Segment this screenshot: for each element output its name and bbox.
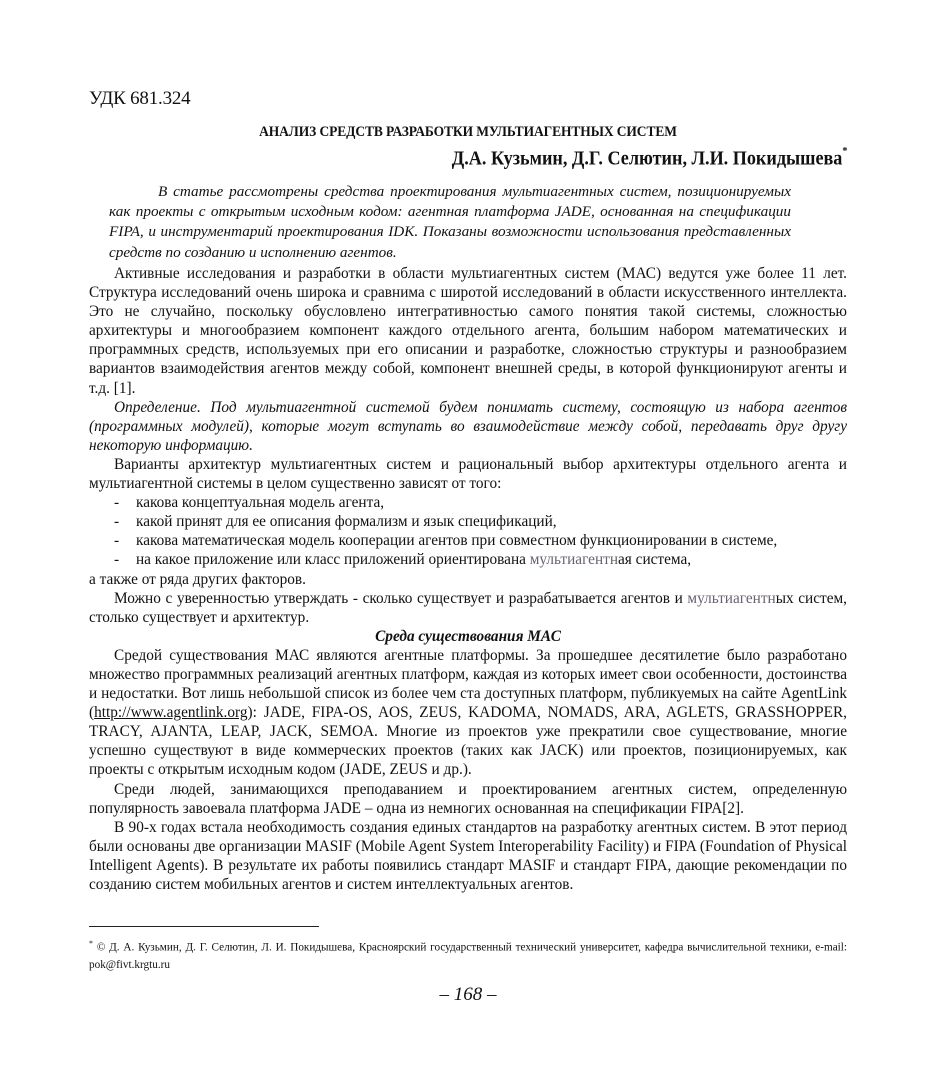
authors-names: Д.А. Кузьмин, Д.Г. Селютин, Л.И. Покидыш… [451, 149, 842, 170]
list-item: -какой принят для ее описания формализм … [89, 512, 847, 531]
footnote: * © Д. А. Кузьмин, Д. Г. Селютин, Л. И. … [89, 935, 847, 974]
authors: Д.А. Кузьмин, Д.Г. Селютин, Л.И. Покидыш… [451, 148, 847, 171]
paragraph-architectures: Варианты архитектур мультиагентных систе… [89, 455, 847, 493]
dash-bullet: - [114, 531, 136, 550]
footnote-text: © Д. А. Кузьмин, Д. Г. Селютин, Л. И. По… [89, 942, 847, 971]
highlighted-term: мультиагентн [687, 590, 775, 607]
authors-footnote-mark: * [842, 145, 847, 157]
paragraph-other-factors: а также от ряда других факторов. [89, 570, 847, 589]
list-item: -на какое приложение или класс приложени… [89, 550, 847, 569]
list-item-text: какова концептуальная модель агента, [136, 494, 384, 511]
article-title: АНАЛИЗ СРЕДСТВ РАЗРАБОТКИ МУЛЬТИАГЕНТНЫХ… [116, 124, 821, 141]
list-item-text: какова математическая модель кооперации … [136, 532, 777, 549]
text-segment: Можно с уверенностью утверждать - скольк… [114, 590, 687, 607]
paragraph-definition: Определение. Под мультиагентной системой… [89, 398, 847, 455]
dash-bullet: - [114, 512, 136, 531]
paragraph-platforms: Средой существования МАС являются агентн… [89, 646, 847, 780]
dash-bullet: - [114, 493, 136, 512]
list-item-text: на какое приложение или класс приложений… [136, 551, 530, 568]
list-item-text: какой принят для ее описания формализм и… [136, 513, 557, 530]
paragraph-standards: В 90-х годах встала необходимость создан… [89, 818, 847, 894]
footnote-divider [89, 926, 319, 927]
list-item: -какова концептуальная модель агента, [89, 493, 847, 512]
factors-list: -какова концептуальная модель агента, -к… [89, 493, 847, 569]
highlighted-term: мультиагентн [530, 551, 618, 568]
list-item-text-end: ая система, [618, 551, 691, 568]
abstract: В статье рассмотрены средства проектиров… [109, 182, 791, 263]
paragraph-jade: Среди людей, занимающихся преподаванием … [89, 780, 847, 818]
section-heading: Среда существования МАС [89, 627, 847, 646]
page-number: – 168 – [89, 984, 847, 1006]
udk-code: УДК 681.324 [89, 88, 190, 110]
paragraph-intro: Активные исследования и разработки в обл… [89, 264, 847, 398]
article-body: Активные исследования и разработки в обл… [89, 264, 847, 894]
list-item: -какова математическая модель кооперации… [89, 531, 847, 550]
agentlink-url[interactable]: http://www.agentlink.org [94, 704, 247, 721]
dash-bullet: - [114, 550, 136, 569]
paragraph-architectures-count: Можно с уверенностью утверждать - скольк… [89, 589, 847, 627]
